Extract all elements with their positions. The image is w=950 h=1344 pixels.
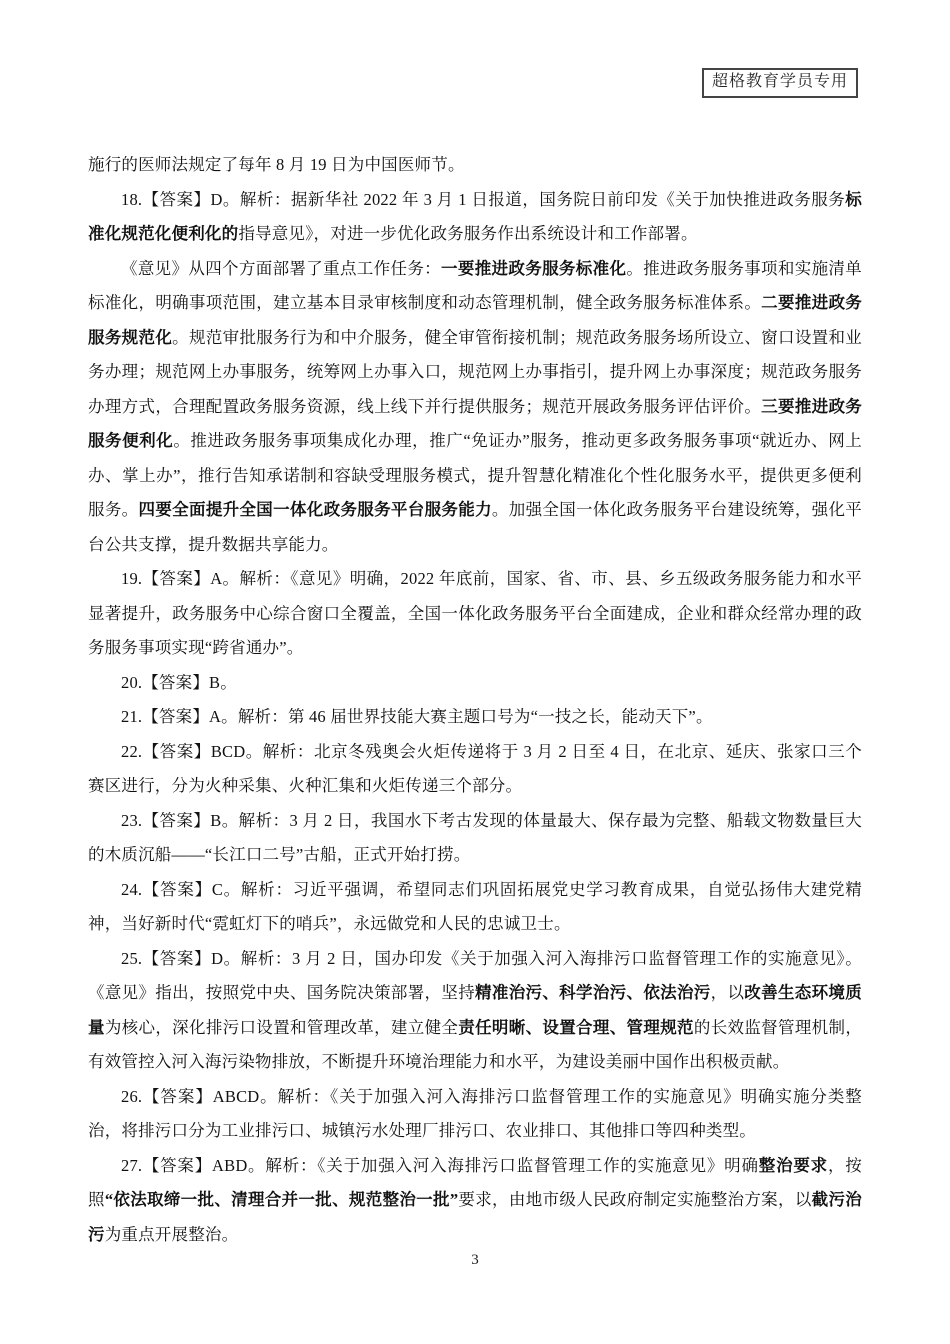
paragraph: 23.【答案】B。解析：3 月 2 日，我国水下考古发现的体量最大、保存最为完整… bbox=[88, 804, 862, 873]
text-run: 。规范审批服务行为和中介服务，健全审管衔接机制；规范政务服务场所设立、窗口设置和… bbox=[88, 328, 862, 416]
paragraph: 21.【答案】A。解析：第 46 届世界技能大赛主题口号为“一技之长，能动天下”… bbox=[88, 700, 862, 735]
paragraph: 施行的医师法规定了每年 8 月 19 日为中国医师节。 bbox=[88, 148, 862, 183]
text-run: 21.【答案】A。解析：第 46 届世界技能大赛主题口号为“一技之长，能动天下”… bbox=[121, 707, 713, 726]
document-page: 超格教育学员专用 施行的医师法规定了每年 8 月 19 日为中国医师节。18.【… bbox=[0, 0, 950, 1344]
paragraph: 26.【答案】ABCD。解析：《关于加强入河入海排污口监督管理工作的实施意见》明… bbox=[88, 1080, 862, 1149]
text-run: 19.【答案】A。解析：《意见》明确，2022 年底前，国家、省、市、县、乡五级… bbox=[88, 569, 862, 657]
bold-text-run: 四要全面提升全国一体化政务服务平台服务能力 bbox=[139, 500, 492, 519]
text-run: 指导意见》，对进一步优化政务服务作出系统设计和工作部署。 bbox=[238, 224, 697, 243]
paragraph: 18.【答案】D。解析：据新华社 2022 年 3 月 1 日报道，国务院日前印… bbox=[88, 183, 862, 252]
text-run: 18.【答案】D。解析：据新华社 2022 年 3 月 1 日报道，国务院日前印… bbox=[121, 190, 845, 209]
text-run: 施行的医师法规定了每年 8 月 19 日为中国医师节。 bbox=[88, 155, 465, 174]
paragraph: 27.【答案】ABD。解析：《关于加强入河入海排污口监督管理工作的实施意见》明确… bbox=[88, 1149, 862, 1253]
header-badge: 超格教育学员专用 bbox=[702, 68, 858, 98]
text-run: 为核心，深化排污口设置和管理改革，建立健全 bbox=[105, 1018, 458, 1037]
paragraph: 22.【答案】BCD。解析：北京冬残奥会火炬传递将于 3 月 2 日至 4 日，… bbox=[88, 735, 862, 804]
paragraph: 20.【答案】B。 bbox=[88, 666, 862, 701]
text-run: 为重点开展整治。 bbox=[105, 1225, 239, 1244]
bold-text-run: 整治要求 bbox=[759, 1156, 828, 1175]
bold-text-run: 精准治污、科学治污、依法治污 bbox=[475, 983, 711, 1002]
paragraph: 25.【答案】D。解析：3 月 2 日，国办印发《关于加强入河入海排污口监督管理… bbox=[88, 942, 862, 1080]
text-run: 要求，由地市级人民政府制定实施整治方案，以 bbox=[458, 1190, 811, 1209]
text-run: 《意见》从四个方面部署了重点工作任务： bbox=[121, 259, 441, 278]
header-badge-text: 超格教育学员专用 bbox=[712, 73, 848, 90]
page-footer: 3 bbox=[0, 1252, 950, 1269]
text-run: 22.【答案】BCD。解析：北京冬残奥会火炬传递将于 3 月 2 日至 4 日，… bbox=[88, 742, 862, 796]
document-content: 施行的医师法规定了每年 8 月 19 日为中国医师节。18.【答案】D。解析：据… bbox=[88, 148, 862, 1252]
bold-text-run: 责任明晰、设置合理、管理规范 bbox=[458, 1018, 694, 1037]
paragraph: 19.【答案】A。解析：《意见》明确，2022 年底前，国家、省、市、县、乡五级… bbox=[88, 562, 862, 666]
bold-text-run: “依法取缔一批、清理合并一批、规范整治一批” bbox=[105, 1190, 458, 1209]
text-run: ，以 bbox=[711, 983, 745, 1002]
text-run: 20.【答案】B。 bbox=[121, 673, 237, 692]
text-run: 27.【答案】ABD。解析：《关于加强入河入海排污口监督管理工作的实施意见》明确 bbox=[121, 1156, 759, 1175]
text-run: 26.【答案】ABCD。解析：《关于加强入河入海排污口监督管理工作的实施意见》明… bbox=[88, 1087, 862, 1141]
text-run: 23.【答案】B。解析：3 月 2 日，我国水下考古发现的体量最大、保存最为完整… bbox=[88, 811, 862, 865]
bold-text-run: 一要推进政务服务标准化 bbox=[441, 259, 626, 278]
paragraph: 《意见》从四个方面部署了重点工作任务：一要推进政务服务标准化。推进政务服务事项和… bbox=[88, 252, 862, 563]
page-number: 3 bbox=[471, 1252, 479, 1268]
paragraph: 24.【答案】C。解析：习近平强调，希望同志们巩固拓展党史学习教育成果，自觉弘扬… bbox=[88, 873, 862, 942]
text-run: 24.【答案】C。解析：习近平强调，希望同志们巩固拓展党史学习教育成果，自觉弘扬… bbox=[88, 880, 862, 934]
